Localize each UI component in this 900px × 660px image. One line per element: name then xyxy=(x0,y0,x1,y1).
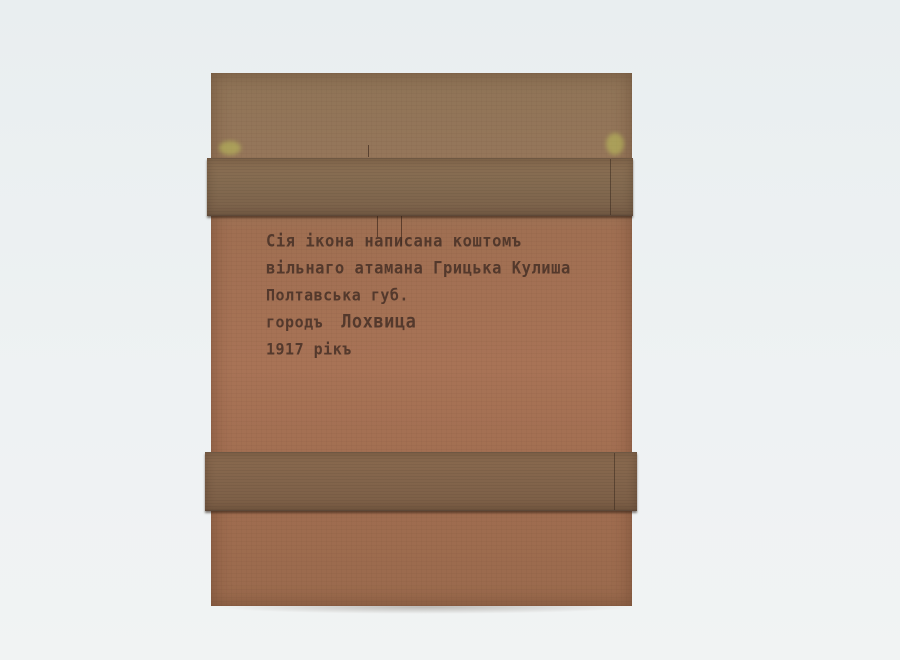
inscription-line-5: 1917 рікъ xyxy=(266,336,616,363)
top-batten xyxy=(207,158,633,216)
lichen-stain xyxy=(606,133,624,155)
inscription-line-3: Полтавська губ. xyxy=(266,282,616,309)
inscription-line-4: городъЛохвица xyxy=(266,309,616,336)
inscription-line-1: Сія ікона написана коштомъ xyxy=(266,228,616,255)
batten-end xyxy=(614,453,637,510)
city-name: Лохвица xyxy=(341,311,416,333)
lichen-stain xyxy=(219,141,241,155)
town-label: городъ xyxy=(266,312,323,331)
bottom-batten xyxy=(205,452,637,511)
wood-crack xyxy=(368,145,369,157)
batten-end xyxy=(610,159,633,215)
handwritten-inscription: Сія ікона написана коштомъ вільнаго атам… xyxy=(266,228,616,363)
inscription-line-2: вільнаго атамана Грицька Кулиша xyxy=(266,255,616,282)
